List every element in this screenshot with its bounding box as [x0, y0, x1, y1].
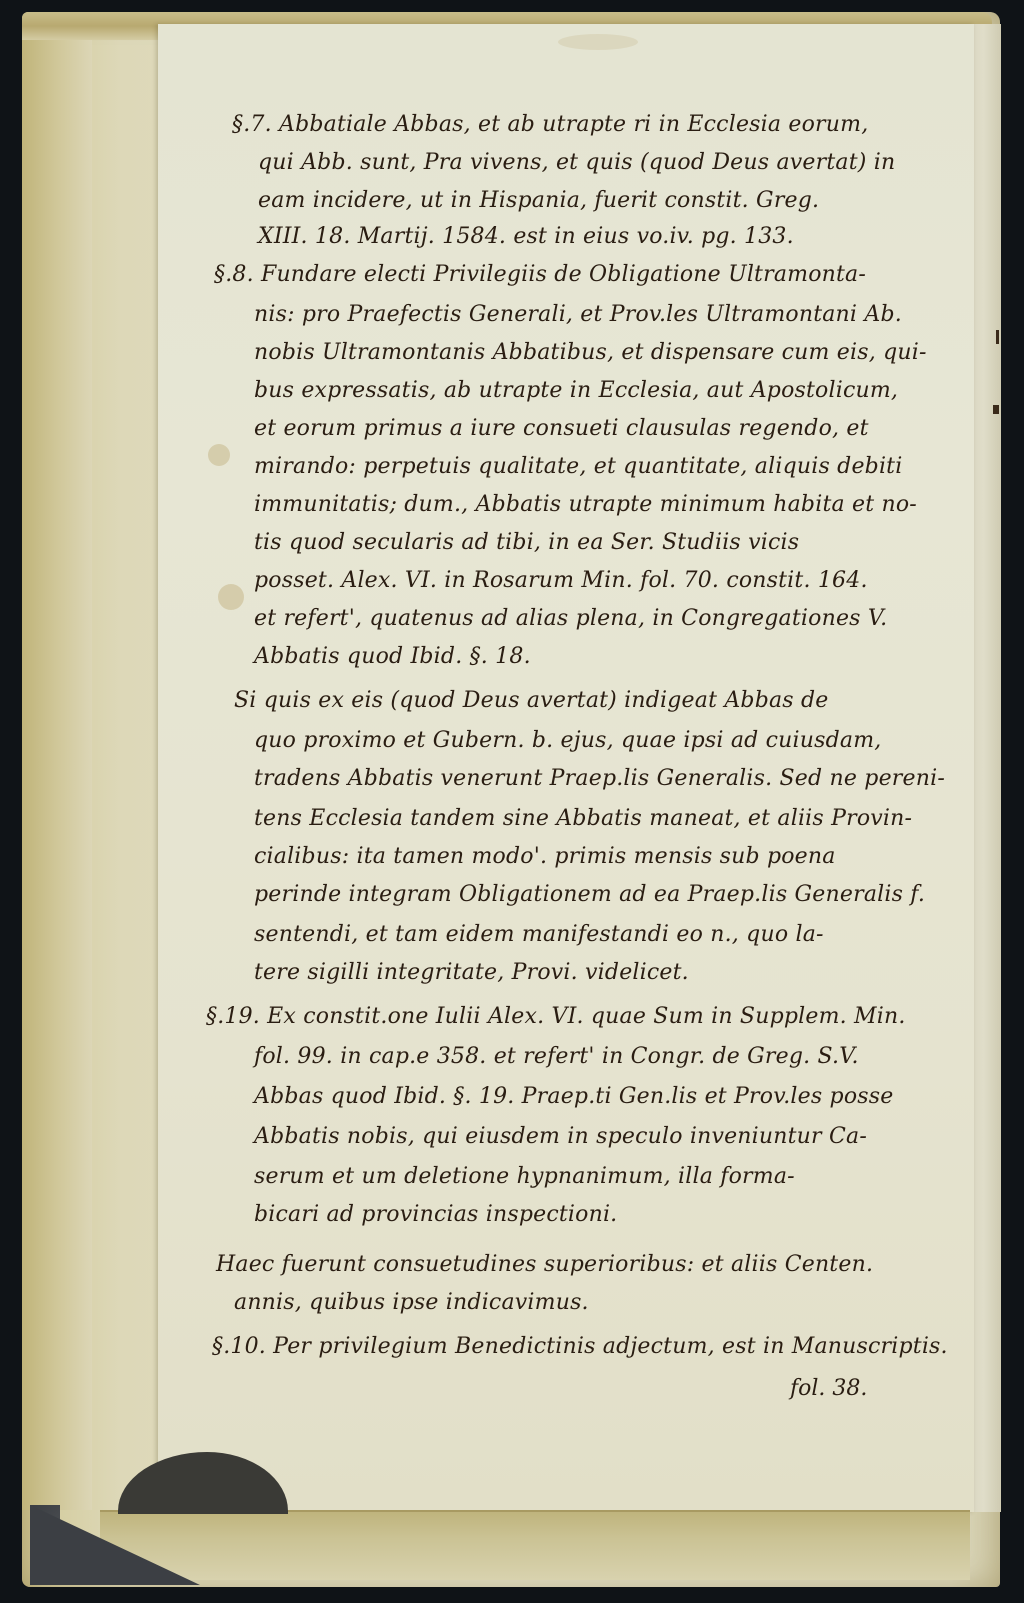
text-line: qui Abb. sunt, Pra vivens, et quis (quod… — [258, 150, 895, 175]
paper-stain — [208, 444, 230, 466]
text-line: annis, quibus ipse indicavimus. — [234, 1290, 589, 1315]
text-line: eam incidere, ut in Hispania, fuerit con… — [258, 188, 819, 213]
text-line: tens Ecclesia tandem sine Abbatis maneat… — [254, 806, 912, 831]
manuscript-scan: §.7. Abbatiale Abbas, et ab utrapte ri i… — [0, 0, 1024, 1603]
paper-stain — [558, 34, 638, 50]
text-line: tis quod secularis ad tibi, in ea Ser. S… — [254, 530, 799, 555]
text-line: et eorum primus a iure consueti clausula… — [254, 416, 869, 441]
text-line: sentendi, et tam eidem manifestandi eo n… — [254, 922, 824, 947]
text-line: bicari ad provincias inspectioni. — [254, 1202, 617, 1227]
text-line: serum et um deletione hypnanimum, illa f… — [254, 1164, 795, 1189]
text-line: fol. 99. in cap.e 358. et refert' in Con… — [254, 1044, 859, 1069]
margin-mark — [996, 330, 999, 344]
text-line: nobis Ultramontanis Abbatibus, et dispen… — [254, 340, 927, 365]
text-line: Abbatis quod Ibid. §. 18. — [254, 644, 531, 669]
paper-stain — [218, 584, 244, 610]
folio-reference: fol. 38. — [790, 1376, 867, 1401]
text-line: quo proximo et Gubern. b. ejus, quae ips… — [254, 728, 881, 753]
text-line: posset. Alex. VI. in Rosarum Min. fol. 7… — [254, 568, 868, 593]
text-line: §.8. Fundare electi Privilegiis de Oblig… — [214, 262, 866, 287]
text-line: Abbatis nobis, qui eiusdem in speculo in… — [254, 1124, 867, 1149]
text-line: et refert', quatenus ad alias plena, in … — [254, 606, 887, 631]
text-line: bus expressatis, ab utrapte in Ecclesia,… — [254, 378, 898, 403]
text-line: immunitatis; dum., Abbatis utrapte minim… — [254, 492, 917, 517]
text-line: §.7. Abbatiale Abbas, et ab utrapte ri i… — [232, 112, 868, 137]
text-line: tere sigilli integritate, Provi. videlic… — [254, 960, 689, 985]
text-line: cialibus: ita tamen modo'. primis mensis… — [254, 844, 836, 869]
margin-mark — [993, 405, 999, 414]
text-line: §.19. Ex constit.one Iulii Alex. VI. qua… — [206, 1004, 906, 1029]
text-line: Si quis ex eis (quod Deus avertat) indig… — [234, 688, 829, 713]
binding-bottom-fold — [100, 1510, 970, 1580]
damaged-corner — [30, 1505, 200, 1585]
text-line: §.10. Per privilegium Benedictinis adjec… — [212, 1334, 948, 1359]
text-line: mirando: perpetuis qualitate, et quantit… — [254, 454, 902, 479]
text-line: tradens Abbatis venerunt Praep.lis Gener… — [254, 766, 945, 791]
text-line: perinde integram Obligationem ad ea Prae… — [254, 882, 925, 907]
text-line: XIII. 18. Martij. 1584. est in eius vo.i… — [258, 224, 794, 249]
binding-left-edge — [22, 40, 92, 1510]
text-line: Abbas quod Ibid. §. 19. Praep.ti Gen.lis… — [254, 1084, 893, 1109]
text-line: nis: pro Praefectis Generali, et Prov.le… — [254, 302, 902, 327]
text-line: Haec fuerunt consuetudines superioribus:… — [216, 1252, 873, 1277]
